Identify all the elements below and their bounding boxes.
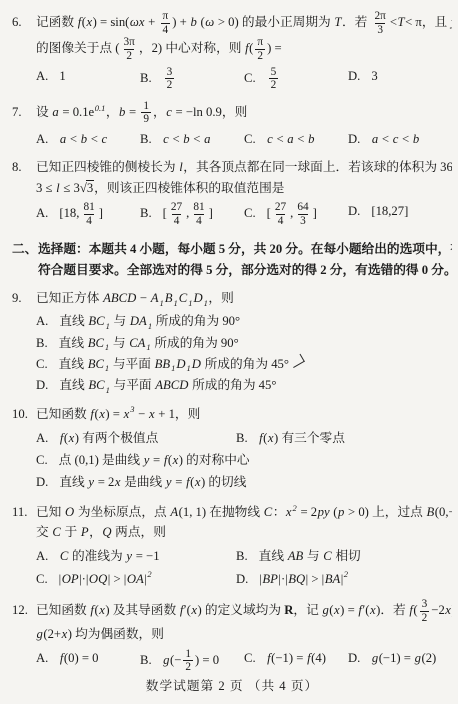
question-8: 8.已知正四棱锥的侧棱长为 l，其各顶点都在同一球面上．若该球的体积为 36π，… bbox=[12, 157, 452, 227]
math-var: T bbox=[397, 15, 405, 29]
math-var: T bbox=[334, 15, 342, 29]
math-text: 已知 bbox=[36, 505, 65, 519]
option-text: f(0) = 0 bbox=[59, 651, 98, 665]
question-12-option-D: D.g(−1) = g(2) bbox=[348, 648, 452, 672]
math-text: ≤ 3 bbox=[60, 181, 80, 195]
option-text: 直线 y = 2x 是曲线 y = f(x) 的切线 bbox=[59, 475, 246, 489]
option-text: 32 bbox=[163, 71, 177, 85]
math-text: ．若 bbox=[342, 15, 371, 29]
math-var: C bbox=[52, 525, 61, 539]
math-text: 设 bbox=[36, 105, 52, 119]
page-number-text: 数学试题第 2 页 （共 4 页） bbox=[146, 679, 318, 693]
question-8-text: 3 ≤ l ≤ 3√3，则该正四棱锥体积的取值范围是 bbox=[36, 180, 284, 195]
math-text: 3 ≤ bbox=[36, 181, 56, 195]
question-11-line: 11.已知 O 为坐标原点，点 A(1, 1) 在抛物线 C：x2 = 2py … bbox=[12, 502, 452, 522]
math-var: x bbox=[68, 431, 75, 445]
fraction-numerator: 81 bbox=[81, 201, 96, 214]
option-text: 直线 BC1 与 DA1 所成的角为 90° bbox=[59, 314, 240, 328]
question-number: 8. bbox=[12, 157, 36, 177]
math-text: 与 bbox=[304, 549, 323, 563]
math-text: ，记 bbox=[293, 603, 322, 617]
fraction: 32 bbox=[165, 66, 175, 92]
fraction-numerator: 1 bbox=[141, 100, 151, 113]
math-text: ) = sin( bbox=[93, 15, 130, 29]
fraction-numerator: 27 bbox=[169, 201, 184, 214]
math-text: 相切 bbox=[332, 549, 361, 563]
section-two-header: 二、选择题：本题共 4 小题，每小题 5 分，共 20 分。在每小题给出的选项中… bbox=[12, 239, 452, 280]
section-header-line2: 符合题目要求。全部选对的得 5 分，部分选对的得 2 分，有选错的得 0 分。 bbox=[38, 263, 452, 277]
option-text: 直线 BC1 与 CA1 所成的角为 90° bbox=[59, 336, 239, 350]
exam-body: 6.记函数 f(x) = sin(ωx + π4) + b (ω > 0) 的最… bbox=[12, 10, 452, 672]
math-text: ] bbox=[209, 206, 213, 220]
option-text: [274,643] bbox=[267, 206, 317, 220]
math-text: (− bbox=[170, 653, 181, 667]
math-text: 已知函数 bbox=[36, 407, 90, 421]
fraction-denominator: 4 bbox=[161, 23, 171, 37]
math-text: ( bbox=[413, 603, 417, 617]
question-8-option-A: A.[18,814] bbox=[36, 201, 140, 227]
math-text: ， bbox=[106, 105, 119, 119]
math-var: AB bbox=[287, 549, 304, 563]
math-text: < bbox=[379, 132, 393, 146]
question-10-text: 已知函数 f(x) = x3 − x + 1，则 bbox=[36, 407, 200, 421]
math-text: ： bbox=[273, 505, 286, 519]
math-text: ) 均为偶函数，则 bbox=[68, 627, 164, 641]
math-text: )．若 bbox=[376, 603, 409, 617]
page-footer: 数学试题第 2 页 （共 4 页） bbox=[12, 676, 452, 696]
question-8-line: 3 ≤ l ≤ 3√3，则该正四棱锥体积的取值范围是 bbox=[12, 178, 452, 198]
fraction-numerator: 3π bbox=[122, 36, 137, 49]
math-text: 所成的角为 45° bbox=[201, 357, 289, 371]
math-text: ( bbox=[197, 15, 204, 29]
math-var: x bbox=[172, 453, 179, 467]
question-7-option-B: B.c < b < a bbox=[140, 129, 244, 149]
fraction: 814 bbox=[81, 201, 96, 227]
math-text: ) 及其导函数 bbox=[105, 603, 179, 617]
math-var: C bbox=[178, 291, 187, 305]
math-var: O bbox=[65, 505, 75, 519]
math-text: = bbox=[126, 105, 140, 119]
option-label: A. bbox=[36, 132, 48, 146]
math-text: ) = bbox=[105, 407, 123, 421]
math-text: ，则该正四棱锥体积的取值范围是 bbox=[94, 181, 284, 195]
option-text: 直线 BC1 与平面 ABCD 所成的角为 45° bbox=[59, 378, 276, 392]
math-text: (4) bbox=[311, 651, 326, 665]
math-text: 1 bbox=[59, 69, 65, 83]
math-var: C bbox=[59, 549, 68, 563]
option-text: 点 (0,1) 是曲线 y = f(x) 的对称中心 bbox=[59, 453, 250, 467]
fraction: π4 bbox=[161, 10, 171, 36]
math-text: ] bbox=[99, 206, 103, 220]
superscript: 2 bbox=[147, 569, 152, 579]
question-number: 11. bbox=[12, 502, 36, 522]
math-text: 的准线为 bbox=[69, 549, 126, 563]
math-var: g bbox=[371, 651, 378, 665]
fraction: 814 bbox=[191, 201, 206, 227]
math-var: ω bbox=[205, 15, 215, 29]
math-var: y bbox=[450, 15, 452, 29]
math-var: OA bbox=[126, 572, 144, 586]
math-text: < bbox=[273, 132, 287, 146]
math-var: x bbox=[61, 627, 68, 641]
math-text: < bbox=[67, 132, 81, 146]
math-text: 3 bbox=[371, 69, 377, 83]
question-10-options: A.f(x) 有两个极值点B.f(x) 有三个零点C.点 (0,1) 是曲线 y… bbox=[12, 427, 452, 494]
math-text: ( bbox=[330, 505, 337, 519]
question-6-line: 6.记函数 f(x) = sin(ωx + π4) + b (ω > 0) 的最… bbox=[12, 10, 452, 36]
math-var: BA bbox=[324, 572, 341, 586]
question-11-option-C: C.|OP|·|OQ| > |OA|2 bbox=[36, 569, 236, 589]
math-var: DA bbox=[129, 314, 147, 328]
math-text: 与 bbox=[110, 314, 129, 328]
math-var: D bbox=[176, 357, 186, 371]
math-text: 与平面 bbox=[110, 378, 154, 392]
math-text: < π，且 bbox=[405, 15, 450, 29]
question-11-option-B: B.直线 AB 与 C 相切 bbox=[236, 546, 452, 566]
math-text: 所成的角为 90° bbox=[151, 336, 239, 350]
option-text: [18,814] bbox=[59, 206, 103, 220]
superscript: 2 bbox=[343, 569, 348, 579]
question-8-line: 8.已知正四棱锥的侧棱长为 l，其各顶点都在同一球面上．若该球的体积为 36π，… bbox=[12, 157, 452, 177]
math-text: ( bbox=[249, 41, 253, 55]
question-6-line: 的图像关于点 (3π2，2) 中心对称，则 f(π2) = bbox=[12, 36, 452, 62]
math-text: ) 的切线 bbox=[201, 475, 246, 489]
question-6-option-A: A.1 bbox=[36, 66, 140, 92]
fraction-numerator: π bbox=[255, 36, 265, 49]
option-label: B. bbox=[236, 549, 248, 563]
option-label: B. bbox=[236, 431, 248, 445]
question-10-option-A: A.f(x) 有两个极值点 bbox=[36, 428, 236, 448]
fraction-numerator: 64 bbox=[295, 201, 310, 214]
math-var: b bbox=[412, 132, 419, 146]
fraction-numerator: 27 bbox=[273, 201, 288, 214]
question-12: 12.已知函数 f(x) 及其导函数 f′(x) 的定义域均为 R，记 g(x)… bbox=[12, 598, 452, 672]
math-text: [18,27] bbox=[371, 204, 408, 218]
question-number: 7. bbox=[12, 102, 36, 122]
option-label: D. bbox=[36, 475, 48, 489]
math-var: x bbox=[194, 475, 201, 489]
math-var: a bbox=[204, 132, 211, 146]
math-text: < bbox=[390, 15, 397, 29]
question-7-option-D: D.a < c < b bbox=[348, 129, 452, 149]
math-text: ) 的对称中心 bbox=[179, 453, 250, 467]
question-11-line: 交 C 于 P，Q 两点，则 bbox=[12, 522, 452, 542]
option-text: f(−1) = f(4) bbox=[267, 651, 326, 665]
math-text: > 0) 上，过点 bbox=[345, 505, 426, 519]
fraction-denominator: 2 bbox=[269, 78, 279, 92]
question-number: 9. bbox=[12, 288, 36, 308]
math-text: > 0) 的最小正周期为 bbox=[215, 15, 334, 29]
question-7-line: 7.设 a = 0.1e0.1，b = 19，c = −ln 0.9，则 bbox=[12, 100, 452, 126]
option-text: f(x) 有两个极值点 bbox=[59, 431, 158, 445]
math-var: CA bbox=[129, 336, 146, 350]
math-var: b bbox=[308, 132, 315, 146]
question-11-options: A.C 的准线为 y = −1B.直线 AB 与 C 相切C.|OP|·|OQ|… bbox=[12, 545, 452, 590]
fraction-denominator: 4 bbox=[194, 214, 204, 228]
math-var: C bbox=[323, 549, 332, 563]
question-10: 10.已知函数 f(x) = x3 − x + 1，则A.f(x) 有两个极值点… bbox=[12, 404, 452, 494]
option-label: D. bbox=[348, 204, 360, 218]
option-text: |BP|·|BQ| > |BA|2 bbox=[259, 572, 348, 586]
question-10-option-C: C.点 (0,1) 是曲线 y = f(x) 的对称中心 bbox=[36, 450, 250, 470]
math-text: ， bbox=[89, 525, 102, 539]
question-8-text: 已知正四棱锥的侧棱长为 l，其各顶点都在同一球面上．若该球的体积为 36π，且 bbox=[36, 160, 452, 174]
fraction-denominator: 2 bbox=[255, 49, 265, 63]
radicand: 3 bbox=[86, 180, 94, 195]
math-var: c bbox=[101, 132, 108, 146]
fraction-denominator: 2 bbox=[165, 78, 175, 92]
superscript: 0.1 bbox=[94, 103, 106, 113]
question-9-line: 9.已知正方体 ABCD − A1B1C1D1，则 bbox=[12, 288, 452, 308]
question-number: 12. bbox=[12, 600, 36, 620]
math-var: BC bbox=[88, 378, 105, 392]
math-var: A bbox=[170, 505, 179, 519]
math-text: , bbox=[290, 206, 293, 220]
math-text: 于 bbox=[61, 525, 80, 539]
math-text: 所成的角为 45° bbox=[189, 378, 277, 392]
math-var: BQ bbox=[288, 572, 306, 586]
math-text: ( bbox=[329, 603, 333, 617]
fraction: π2 bbox=[255, 36, 265, 62]
math-text: 两点，则 bbox=[112, 525, 166, 539]
option-label: A. bbox=[36, 549, 48, 563]
math-text: 为坐标原点，点 bbox=[75, 505, 170, 519]
option-label: D. bbox=[348, 651, 360, 665]
math-var: C bbox=[263, 505, 272, 519]
question-7-options: A.a < b < cB.c < b < aC.c < a < bD.a < c… bbox=[12, 129, 452, 149]
math-text: 直线 bbox=[59, 378, 88, 392]
option-text: c < b < a bbox=[163, 132, 211, 146]
option-text: a < c < b bbox=[371, 132, 419, 146]
math-text: < bbox=[190, 132, 204, 146]
question-number: 10. bbox=[12, 404, 36, 424]
math-var: D bbox=[193, 291, 203, 305]
question-6-option-D: D.3 bbox=[348, 66, 452, 92]
option-label: A. bbox=[36, 314, 48, 328]
math-text: , bbox=[186, 206, 189, 220]
math-text: ′( bbox=[184, 603, 191, 617]
math-text: 已知函数 bbox=[36, 603, 90, 617]
question-10-option-B: B.f(x) 有三个零点 bbox=[236, 428, 452, 448]
question-11: 11.已知 O 为坐标原点，点 A(1, 1) 在抛物线 C：x2 = 2py … bbox=[12, 502, 452, 590]
option-label: B. bbox=[36, 336, 48, 350]
option-label: A. bbox=[36, 651, 48, 665]
question-10-option-D: D.直线 y = 2x 是曲线 y = f(x) 的切线 bbox=[36, 472, 452, 492]
math-text: ) = 0 bbox=[195, 653, 219, 667]
option-text: 直线 AB 与 C 相切 bbox=[259, 549, 361, 563]
math-text: + 1，则 bbox=[155, 407, 200, 421]
math-text: 记函数 bbox=[36, 15, 77, 29]
question-7-text: 设 a = 0.1e0.1，b = 19，c = −ln 0.9，则 bbox=[36, 105, 247, 119]
option-text: C 的准线为 y = −1 bbox=[59, 549, 159, 563]
math-text: 直线 bbox=[59, 336, 88, 350]
option-text: [18,27] bbox=[371, 204, 408, 218]
math-text: (−1) = bbox=[379, 651, 414, 665]
option-text: 1 bbox=[59, 69, 65, 83]
option-label: D. bbox=[236, 572, 248, 586]
question-6-option-B: B.32 bbox=[140, 66, 244, 92]
question-12-text: g(2+x) 均为偶函数，则 bbox=[36, 627, 164, 641]
math-text: − bbox=[135, 407, 149, 421]
math-text: ) = bbox=[340, 603, 358, 617]
math-text: 直线 bbox=[259, 549, 288, 563]
question-10-line: 10.已知函数 f(x) = x3 − x + 1，则 bbox=[12, 404, 452, 424]
math-text: = 2 bbox=[95, 475, 115, 489]
question-9-option-D: D.直线 BC1 与平面 ABCD 所成的角为 45° bbox=[12, 375, 452, 395]
pen-stray-mark bbox=[289, 354, 305, 368]
math-text: 直线 bbox=[59, 475, 88, 489]
question-11-text: 已知 O 为坐标原点，点 A(1, 1) 在抛物线 C：x2 = 2py (p … bbox=[36, 505, 452, 519]
option-label: C. bbox=[36, 572, 48, 586]
question-6-options: A.1B.32C.52D.3 bbox=[12, 66, 452, 92]
fraction: 274 bbox=[273, 201, 288, 227]
option-text: 3 bbox=[371, 69, 377, 83]
fraction-numerator: 81 bbox=[191, 201, 206, 214]
fraction-numerator: 2π bbox=[373, 10, 388, 23]
math-text: ) 的定义域均为 bbox=[198, 603, 285, 617]
math-var: OP bbox=[61, 572, 79, 586]
question-6-text: 的图像关于点 (3π2，2) 中心对称，则 f(π2) = bbox=[36, 41, 282, 55]
option-label: A. bbox=[36, 431, 48, 445]
fraction-numerator: 1 bbox=[183, 648, 193, 661]
math-text: = 0.1e bbox=[59, 105, 94, 119]
math-text: ] bbox=[313, 206, 317, 220]
math-text: −2 bbox=[431, 603, 445, 617]
question-7-option-C: C.c < a < b bbox=[244, 129, 348, 149]
math-text: = −ln 0.9，则 bbox=[172, 105, 247, 119]
question-12-line: g(2+x) 均为偶函数，则 bbox=[12, 624, 452, 644]
math-var: BC bbox=[88, 314, 105, 328]
fraction: 643 bbox=[295, 201, 310, 227]
question-12-option-A: A.f(0) = 0 bbox=[36, 648, 140, 672]
math-var: py bbox=[317, 505, 330, 519]
fraction-denominator: 4 bbox=[84, 214, 94, 228]
option-label: D. bbox=[348, 132, 360, 146]
exam-page: 6.记函数 f(x) = sin(ωx + π4) + b (ω > 0) 的最… bbox=[0, 0, 458, 704]
math-text: (2+ bbox=[43, 627, 61, 641]
question-8-option-B: B.[274,814] bbox=[140, 201, 244, 227]
option-text: f(x) 有三个零点 bbox=[259, 431, 345, 445]
option-label: C. bbox=[36, 453, 48, 467]
math-text: ，2) 中心对称，则 bbox=[139, 41, 245, 55]
math-var: ABCD bbox=[103, 291, 137, 305]
question-6-option-C: C.52 bbox=[244, 66, 348, 92]
question-6-text: 记函数 f(x) = sin(ωx + π4) + b (ω > 0) 的最小正… bbox=[36, 15, 452, 29]
math-text: 与平面 bbox=[110, 357, 154, 371]
math-text: 的图像关于点 ( bbox=[36, 41, 120, 55]
fraction: 52 bbox=[269, 66, 279, 92]
math-var: ωx bbox=[129, 15, 145, 29]
option-label: C. bbox=[244, 206, 256, 220]
math-text: ) = bbox=[267, 41, 282, 55]
math-text: < bbox=[399, 132, 413, 146]
math-text: < bbox=[169, 132, 183, 146]
math-text: ) 有三个零点 bbox=[274, 431, 345, 445]
math-var: BC bbox=[87, 336, 104, 350]
math-text: 直线 bbox=[59, 357, 88, 371]
option-label: B. bbox=[140, 653, 152, 667]
math-var: BP bbox=[262, 572, 279, 586]
math-var: y bbox=[88, 475, 95, 489]
math-var: A bbox=[150, 291, 159, 305]
option-label: C. bbox=[244, 71, 256, 85]
math-text: ， bbox=[153, 105, 166, 119]
fraction-denominator: 3 bbox=[375, 23, 385, 37]
math-var: x bbox=[123, 407, 130, 421]
math-text: [ bbox=[267, 206, 271, 220]
math-var: ABCD bbox=[155, 378, 189, 392]
math-text: + bbox=[145, 15, 159, 29]
fraction-denominator: 2 bbox=[124, 49, 134, 63]
math-text: (1, 1) 在抛物线 bbox=[179, 505, 264, 519]
math-var: b bbox=[119, 105, 126, 119]
math-text: (2) bbox=[421, 651, 436, 665]
fraction-numerator: 5 bbox=[269, 66, 279, 79]
question-7-option-A: A.a < b < c bbox=[36, 129, 140, 149]
math-text: ，则 bbox=[208, 291, 233, 305]
question-12-text: 已知函数 f(x) 及其导函数 f′(x) 的定义域均为 R，记 g(x) = … bbox=[36, 603, 452, 617]
math-text: [18, bbox=[59, 206, 79, 220]
question-8-option-C: C.[274,643] bbox=[244, 201, 348, 227]
question-12-options: A.f(0) = 0B.g(−12) = 0C.f(−1) = f(4)D.g(… bbox=[12, 648, 452, 672]
math-text: = bbox=[150, 453, 164, 467]
math-text: ) + bbox=[172, 15, 190, 29]
math-var: p bbox=[338, 505, 345, 519]
question-9-option-A: A.直线 BC1 与 DA1 所成的角为 90° bbox=[12, 311, 452, 331]
question-number: 6. bbox=[12, 12, 36, 32]
fraction-denominator: 2 bbox=[420, 611, 430, 625]
math-text: 已知正四棱锥的侧棱长为 bbox=[36, 160, 179, 174]
option-text: |OP|·|OQ| > |OA|2 bbox=[59, 572, 152, 586]
question-11-option-D: D.|BP|·|BQ| > |BA|2 bbox=[236, 569, 452, 589]
option-text: g(−1) = g(2) bbox=[371, 651, 436, 665]
math-var: a bbox=[59, 132, 66, 146]
option-label: D. bbox=[36, 378, 48, 392]
math-text: = 2 bbox=[297, 505, 317, 519]
question-8-options: A.[18,814]B.[274,814]C.[274,643]D.[18,27… bbox=[12, 201, 452, 227]
fraction-denominator: 2 bbox=[183, 660, 193, 671]
math-var: D bbox=[191, 357, 201, 371]
option-label: C. bbox=[36, 357, 48, 371]
question-8-option-D: D.[18,27] bbox=[348, 201, 452, 227]
question-9-option-B: B.直线 BC1 与 CA1 所成的角为 90° bbox=[12, 333, 452, 353]
fraction: 32 bbox=[420, 598, 430, 624]
math-text: 所成的角为 90° bbox=[153, 314, 241, 328]
math-text: 是曲线 bbox=[121, 475, 165, 489]
fraction: 2π3 bbox=[373, 10, 388, 36]
question-6: 6.记函数 f(x) = sin(ωx + π4) + b (ω > 0) 的最… bbox=[12, 10, 452, 92]
math-var: c bbox=[392, 132, 399, 146]
math-text: 直线 bbox=[59, 314, 88, 328]
fraction: 3π2 bbox=[122, 36, 137, 62]
math-var: b bbox=[80, 132, 87, 146]
option-label: B. bbox=[140, 71, 152, 85]
math-var: B bbox=[164, 291, 173, 305]
question-9-options: A.直线 BC1 与 DA1 所成的角为 90°B.直线 BC1 与 CA1 所… bbox=[12, 311, 452, 395]
question-9-option-C: C.直线 BC1 与平面 BB1D1D 所成的角为 45° bbox=[12, 354, 452, 374]
math-var: y bbox=[126, 549, 133, 563]
question-11-text: 交 C 于 P，Q 两点，则 bbox=[36, 525, 166, 539]
square-root: √3 bbox=[80, 180, 94, 195]
math-text: | > | bbox=[306, 572, 325, 586]
fraction: 274 bbox=[169, 201, 184, 227]
math-text: )， bbox=[451, 603, 452, 617]
math-text: = bbox=[172, 475, 186, 489]
section-header-line: 二、选择题：本题共 4 小题，每小题 5 分，共 20 分。在每小题给出的选项中… bbox=[12, 239, 452, 259]
fraction-numerator: 3 bbox=[420, 598, 430, 611]
question-11-option-A: A.C 的准线为 y = −1 bbox=[36, 546, 236, 566]
math-var: BC bbox=[87, 357, 104, 371]
